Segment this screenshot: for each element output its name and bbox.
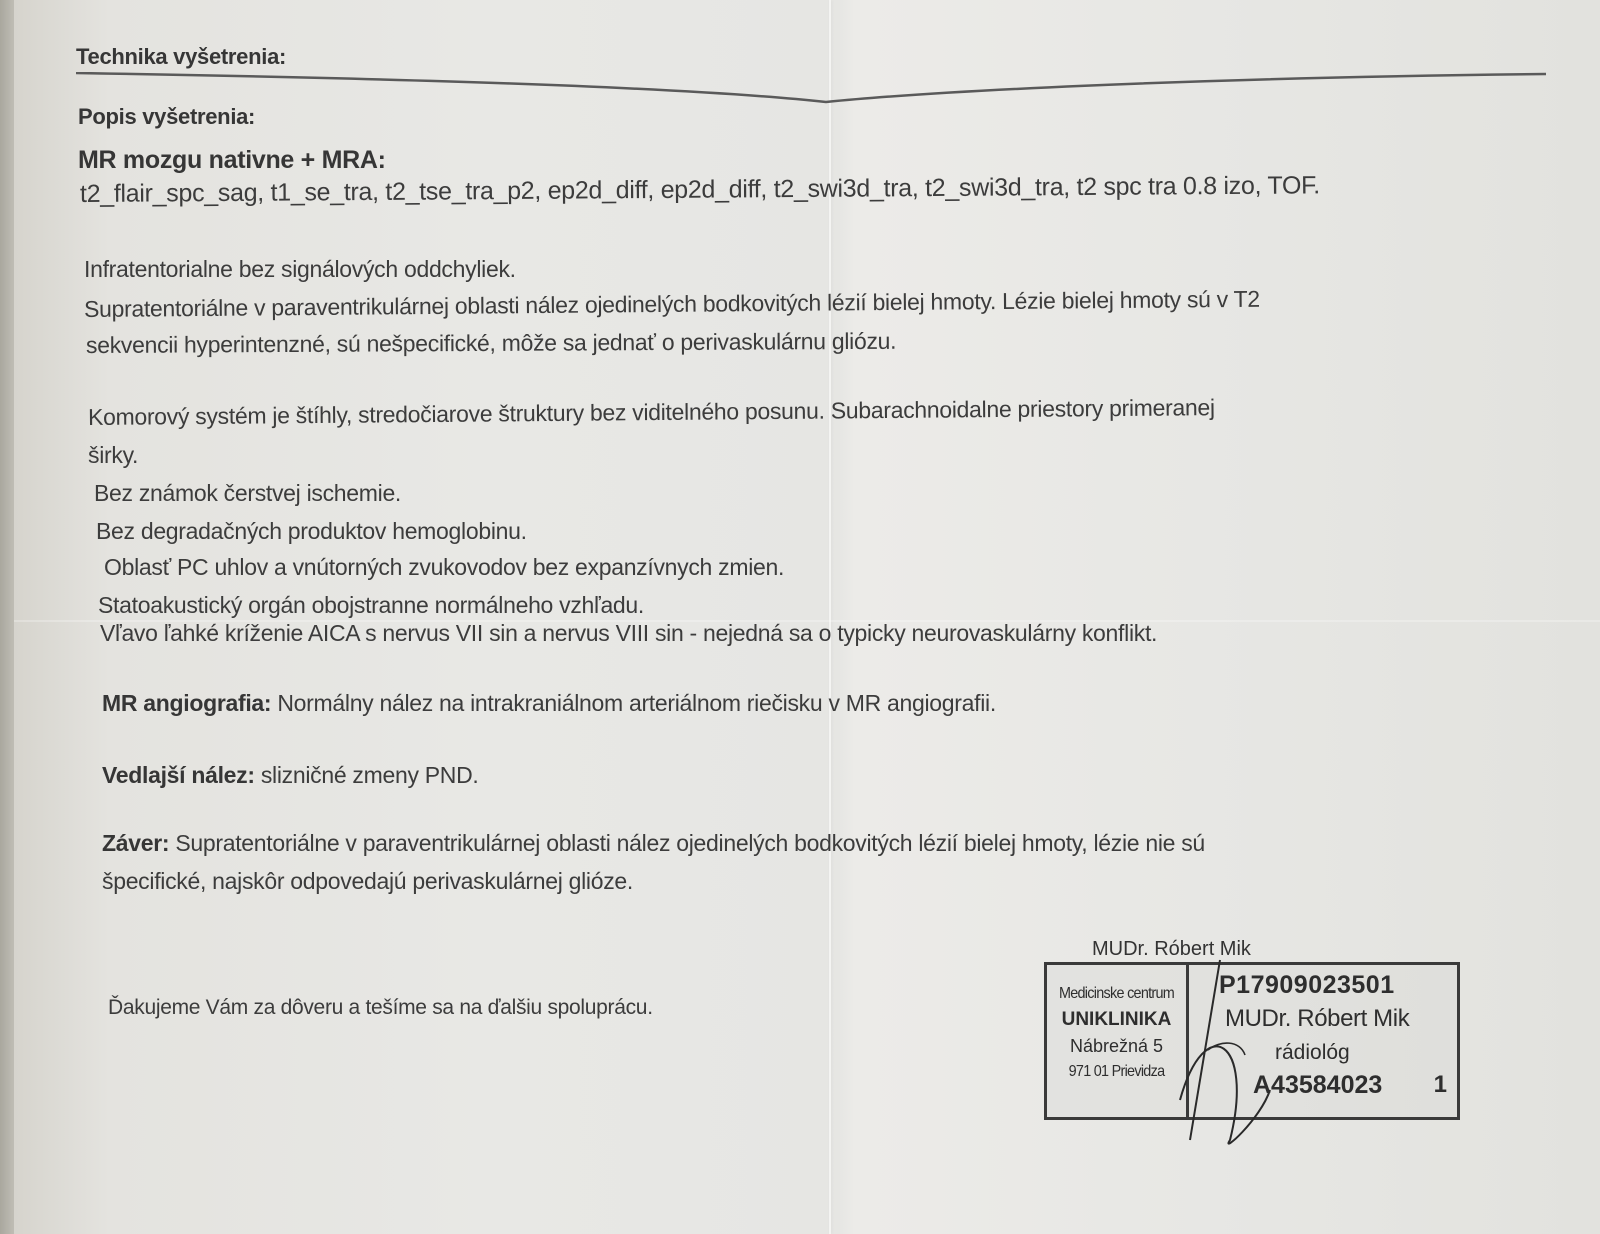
section-divider: [76, 72, 1576, 112]
stamp-doctor-name-printed: MUDr. Róbert Mik: [1092, 938, 1251, 961]
conclusion-label: Záver:: [102, 830, 169, 856]
finding-line: Bez degradačných produktov hemoglobinu.: [96, 518, 527, 545]
stamp-clinic-name: UNIKLINIKA: [1047, 1007, 1186, 1033]
finding-line: Vľavo ľahké kríženie AICA s nervus VII s…: [100, 620, 1157, 647]
conclusion-text-continued: špecifické, najskôr odpovedajú perivasku…: [102, 868, 633, 895]
stamp-clinic-city: 971 01 Prievidza: [1054, 1059, 1179, 1085]
stamp-number: 1: [1434, 1071, 1447, 1099]
conclusion-section: Záver: Supratentoriálne v paraventrikulá…: [102, 830, 1205, 857]
side-finding-text: slizničné zmeny PND.: [255, 762, 479, 788]
finding-line: Oblasť PC uhlov a vnútorných zvukovodov …: [104, 554, 784, 581]
mr-angiography-section: MR angiografia: Normálny nález na intrak…: [102, 690, 996, 717]
stamp-doctor-info: P17909023501 MUDr. Róbert Mik rádiológ A…: [1189, 965, 1457, 1117]
exam-title: MR mozgu nativne + MRA:: [78, 146, 386, 175]
conclusion-text: Supratentoriálne v paraventrikulárnej ob…: [169, 830, 1205, 856]
technique-label: Technika vyšetrenia:: [76, 44, 286, 70]
finding-line: Infratentorialne bez signálových oddchyl…: [84, 256, 516, 283]
side-finding-section: Vedlajší nález: slizničné zmeny PND.: [102, 762, 479, 789]
finding-line: sekvencii hyperintenzné, sú nešpecifické…: [86, 328, 896, 359]
finding-line: širky.: [88, 442, 138, 469]
stamp-clinic-info: Medicinske centrum UNIKLINIKA Nábrežná 5…: [1047, 965, 1189, 1117]
finding-line: Statoakustický orgán obojstranne normáln…: [98, 592, 644, 619]
stamp-clinic-street: Nábrežná 5: [1047, 1033, 1186, 1059]
doctor-stamp: Medicinske centrum UNIKLINIKA Nábrežná 5…: [1044, 962, 1460, 1120]
mr-angiography-text: Normálny nález na intrakraniálnom arteri…: [271, 690, 996, 716]
stamp-provider-code: P17909023501: [1219, 971, 1395, 1000]
description-label: Popis vyšetrenia:: [78, 104, 255, 130]
stamp-doctor-id: A43584023: [1253, 1071, 1382, 1100]
stamp-doctor-name: MUDr. Róbert Mik: [1225, 1005, 1409, 1033]
finding-line: Bez známok čerstvej ischemie.: [94, 480, 401, 507]
side-finding-label: Vedlajší nález:: [102, 762, 255, 788]
closing-thanks: Ďakujeme Vám za dôveru a tešíme sa na ďa…: [108, 996, 653, 1020]
stamp-doctor-role: rádiológ: [1275, 1041, 1350, 1065]
mr-angiography-label: MR angiografia:: [102, 690, 271, 716]
stamp-clinic-type: Medicinske centrum: [1054, 981, 1179, 1007]
